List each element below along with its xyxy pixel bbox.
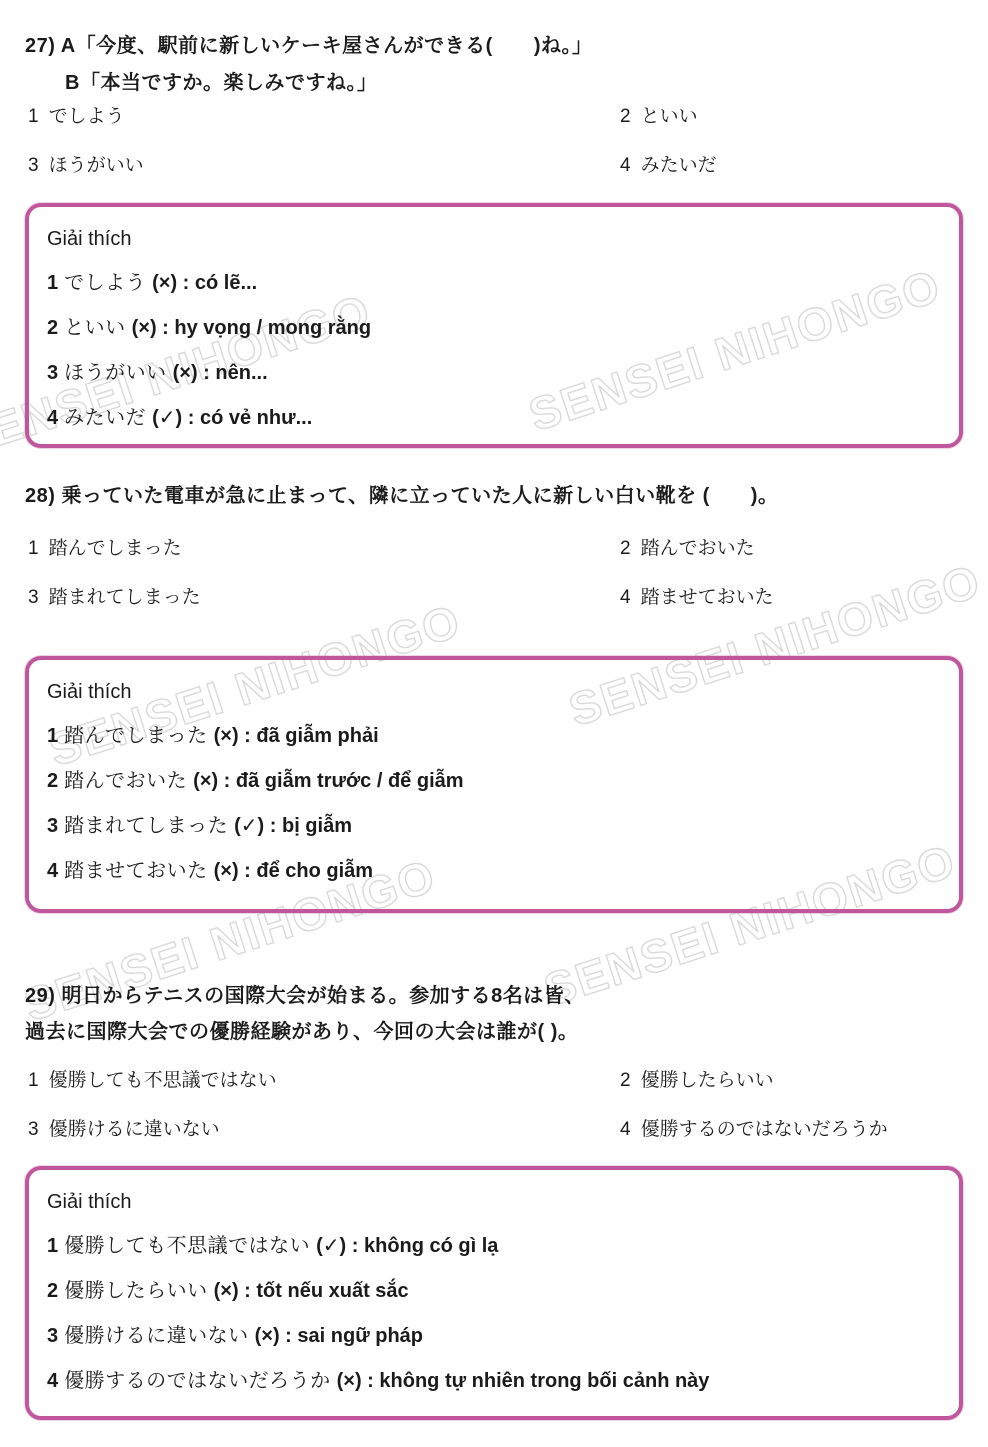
question-29-options: 1優勝しても不思議ではない 2優勝したらいい 3優勝けるに違いない 4優勝するの… xyxy=(25,1069,963,1142)
explanation-item-verdict: (×) : đã giẫm phải xyxy=(214,725,379,747)
option-label: でしよう xyxy=(49,106,125,127)
question-block-28: 28) 乗っていた電車が急に止まって、隣に立っていた人に新しい白い靴を ( )。… xyxy=(25,483,963,913)
option-number: 3 xyxy=(28,1118,39,1142)
option-label: 踏んでしまった xyxy=(49,538,182,559)
option-29-1: 1優勝しても不思議ではない xyxy=(25,1069,617,1093)
explanation-item-japanese: といい xyxy=(64,317,126,339)
explanation-item-number: 2 xyxy=(47,770,58,792)
explanation-title: Giải thích xyxy=(47,1189,941,1215)
explanation-item: 4踏ませておいた(×) : để cho giẫm xyxy=(47,858,941,885)
option-label: 踏まれてしまった xyxy=(49,587,201,608)
explanation-item: 4優勝するのではないだろうか(×) : không tự nhiên trong… xyxy=(47,1368,941,1395)
question-27-text-line-2: B「本当ですか。楽しみですね。」 xyxy=(25,70,963,96)
explanation-item-number: 3 xyxy=(47,362,58,384)
option-28-1: 1踏んでしまった xyxy=(25,537,617,561)
question-29-text-line-1: 29) 明日からテニスの国際大会が始まる。参加する8名は皆、 xyxy=(25,983,963,1009)
option-label: 踏ませておいた xyxy=(641,587,774,608)
option-number: 2 xyxy=(620,537,631,561)
explanation-item-japanese: 優勝しても不思議ではない xyxy=(64,1235,310,1257)
explanation-item-number: 1 xyxy=(47,272,58,294)
explanation-item-number: 1 xyxy=(47,725,58,747)
worksheet-page: 27) A「今度、駅前に新しいケーキ屋さんができる( )ね。」 B「本当ですか。… xyxy=(0,0,988,1420)
question-27-options: 1でしよう 2といい 3ほうがいい 4みたいだ xyxy=(25,105,963,178)
explanation-item-verdict: (✓) : có vẻ như... xyxy=(152,407,312,429)
option-28-2: 2踏んでおいた xyxy=(617,537,963,561)
explanation-item-japanese: 踏んでしまった xyxy=(64,725,208,747)
option-29-3: 3優勝けるに違いない xyxy=(25,1118,617,1142)
question-28-options: 1踏んでしまった 2踏んでおいた 3踏まれてしまった 4踏ませておいた xyxy=(25,537,963,610)
option-label: 優勝けるに違いない xyxy=(49,1119,220,1140)
explanation-item: 2といい(×) : hy vọng / mong rằng xyxy=(47,315,941,342)
option-number: 2 xyxy=(620,1069,631,1093)
explanation-item-verdict: (×) : không tự nhiên trong bối cảnh này xyxy=(337,1370,710,1392)
option-label: 優勝しても不思議ではない xyxy=(49,1070,277,1091)
explanation-box-28: Giải thích 1踏んでしまった(×) : đã giẫm phải 2踏… xyxy=(25,656,963,913)
explanation-item-japanese: 踏ませておいた xyxy=(64,860,208,882)
question-block-29: 29) 明日からテニスの国際大会が始まる。参加する8名は皆、 過去に国際大会での… xyxy=(25,983,963,1420)
explanation-title: Giải thích xyxy=(47,226,941,252)
explanation-item-number: 1 xyxy=(47,1235,58,1257)
explanation-item-verdict: (×) : tốt nếu xuất sắc xyxy=(214,1280,409,1302)
explanation-item: 2踏んでおいた(×) : đã giẫm trước / để giẫm xyxy=(47,768,941,795)
option-label: 優勝したらいい xyxy=(641,1070,774,1091)
option-27-1: 1でしよう xyxy=(25,105,617,129)
explanation-item-verdict: (✓) : không có gì lạ xyxy=(316,1235,498,1257)
explanation-item: 4みたいだ(✓) : có vẻ như... xyxy=(47,405,941,432)
explanation-item-verdict: (×) : để cho giẫm xyxy=(214,860,373,882)
explanation-title: Giải thích xyxy=(47,679,941,705)
explanation-item-verdict: (×) : có lẽ... xyxy=(152,272,257,294)
explanation-box-29: Giải thích 1優勝しても不思議ではない(✓) : không có g… xyxy=(25,1166,963,1420)
option-number: 1 xyxy=(28,105,39,129)
option-number: 3 xyxy=(28,154,39,178)
option-28-3: 3踏まれてしまった xyxy=(25,586,617,610)
question-28-text-line-1: 28) 乗っていた電車が急に止まって、隣に立っていた人に新しい白い靴を ( )。 xyxy=(25,483,963,509)
explanation-item: 3優勝けるに違いない(×) : sai ngữ pháp xyxy=(47,1323,941,1350)
explanation-item-japanese: でしよう xyxy=(64,272,146,294)
option-number: 4 xyxy=(620,1118,631,1142)
explanation-box-27: Giải thích 1でしよう(×) : có lẽ... 2といい(×) :… xyxy=(25,203,963,448)
explanation-item-japanese: ほうがいい xyxy=(64,362,167,384)
option-27-2: 2といい xyxy=(617,105,963,129)
option-number: 4 xyxy=(620,154,631,178)
explanation-item-number: 2 xyxy=(47,317,58,339)
explanation-item: 1踏んでしまった(×) : đã giẫm phải xyxy=(47,723,941,750)
option-label: といい xyxy=(641,106,698,127)
explanation-item: 2優勝したらいい(×) : tốt nếu xuất sắc xyxy=(47,1278,941,1305)
explanation-item: 3ほうがいい(×) : nên... xyxy=(47,360,941,387)
explanation-item-verdict: (×) : sai ngữ pháp xyxy=(255,1325,423,1347)
explanation-item-japanese: 優勝したらいい xyxy=(64,1280,208,1302)
option-label: 踏んでおいた xyxy=(641,538,755,559)
explanation-item-verdict: (✓) : bị giẫm xyxy=(234,815,352,837)
explanation-item-number: 4 xyxy=(47,860,58,882)
explanation-item: 1優勝しても不思議ではない(✓) : không có gì lạ xyxy=(47,1233,941,1260)
explanation-item-number: 4 xyxy=(47,407,58,429)
question-27-text-line-1: 27) A「今度、駅前に新しいケーキ屋さんができる( )ね。」 xyxy=(25,33,963,59)
option-28-4: 4踏ませておいた xyxy=(617,586,963,610)
explanation-item-verdict: (×) : nên... xyxy=(173,362,268,384)
explanation-item-japanese: 優勝けるに違いない xyxy=(64,1325,249,1347)
option-number: 3 xyxy=(28,586,39,610)
explanation-item-japanese: 踏んでおいた xyxy=(64,770,187,792)
option-label: ほうがいい xyxy=(49,155,144,176)
option-29-2: 2優勝したらいい xyxy=(617,1069,963,1093)
explanation-item-verdict: (×) : đã giẫm trước / để giẫm xyxy=(193,770,463,792)
option-number: 4 xyxy=(620,586,631,610)
explanation-item-number: 3 xyxy=(47,1325,58,1347)
explanation-item: 1でしよう(×) : có lẽ... xyxy=(47,270,941,297)
explanation-item-japanese: 優勝するのではないだろうか xyxy=(64,1370,331,1392)
question-29-text-line-2: 過去に国際大会での優勝経験があり、今回の大会は誰が( )。 xyxy=(25,1019,963,1045)
option-label: 優勝するのではないだろうか xyxy=(641,1119,888,1140)
explanation-item-number: 4 xyxy=(47,1370,58,1392)
explanation-item-number: 2 xyxy=(47,1280,58,1302)
option-label: みたいだ xyxy=(641,155,717,176)
question-block-27: 27) A「今度、駅前に新しいケーキ屋さんができる( )ね。」 B「本当ですか。… xyxy=(25,0,963,448)
explanation-item-japanese: みたいだ xyxy=(64,407,146,429)
explanation-item-verdict: (×) : hy vọng / mong rằng xyxy=(132,317,371,339)
option-number: 1 xyxy=(28,537,39,561)
option-number: 1 xyxy=(28,1069,39,1093)
option-27-3: 3ほうがいい xyxy=(25,154,617,178)
option-29-4: 4優勝するのではないだろうか xyxy=(617,1118,963,1142)
option-number: 2 xyxy=(620,105,631,129)
option-27-4: 4みたいだ xyxy=(617,154,963,178)
explanation-item-japanese: 踏まれてしまった xyxy=(64,815,228,837)
explanation-item: 3踏まれてしまった(✓) : bị giẫm xyxy=(47,813,941,840)
explanation-item-number: 3 xyxy=(47,815,58,837)
